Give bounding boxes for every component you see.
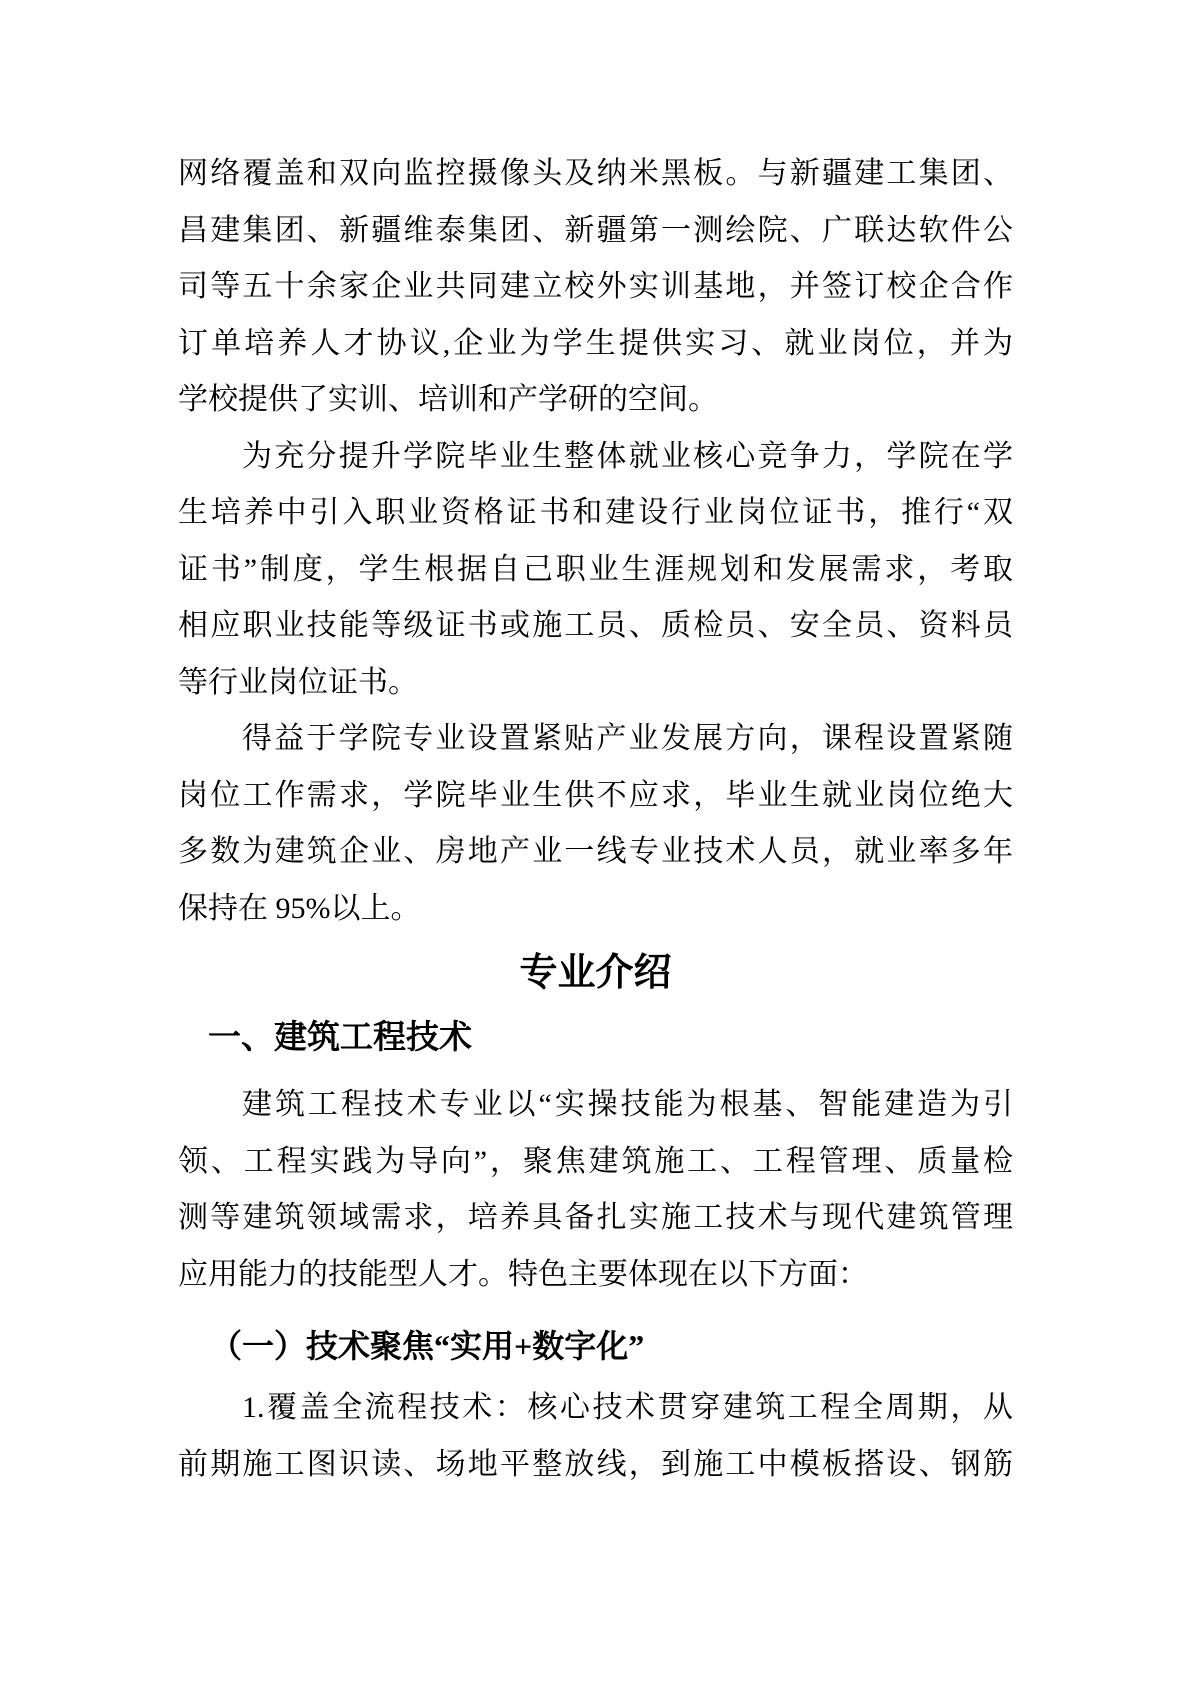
- body-line: 岗位工作需求，学院毕业生供不应求，毕业生就业岗位绝大: [178, 768, 1013, 825]
- document-page: 网络覆盖和双向监控摄像头及纳米黑板。与新疆建工集团、 昌建集团、新疆维泰集团、新…: [0, 0, 1191, 1684]
- document-content: 网络覆盖和双向监控摄像头及纳米黑板。与新疆建工集团、 昌建集团、新疆维泰集团、新…: [0, 0, 1191, 1493]
- body-line: 应用能力的技能型人才。特色主要体现在以下方面：: [178, 1247, 1013, 1304]
- body-line: 1.覆盖全流程技术：核心技术贯穿建筑工程全周期，从: [178, 1380, 1013, 1437]
- sub-heading: （一）技术聚焦“实用+数字化”: [178, 1318, 1013, 1374]
- body-line: 多数为建筑企业、房地产业一线专业技术人员，就业率多年: [178, 824, 1013, 881]
- body-line: 为充分提升学院毕业生整体就业核心竞争力，学院在学: [178, 429, 1013, 486]
- section-title: 专业介绍: [178, 943, 1013, 1003]
- body-line: 领、工程实践为导向”，聚焦建筑施工、工程管理、质量检: [178, 1134, 1013, 1191]
- body-line: 相应职业技能等级证书或施工员、质检员、安全员、资料员: [178, 598, 1013, 655]
- body-line: 建筑工程技术专业以“实操技能为根基、智能建造为引: [178, 1077, 1013, 1134]
- body-line: 昌建集团、新疆维泰集团、新疆第一测绘院、广联达软件公: [178, 203, 1013, 260]
- major-heading: 一、建筑工程技术: [178, 1007, 1013, 1067]
- body-line: 学校提供了实训、培训和产学研的空间。: [178, 372, 1013, 429]
- body-line: 得益于学院专业设置紧贴产业发展方向，课程设置紧随: [178, 711, 1013, 768]
- body-line: 测等建筑领域需求，培养具备扎实施工技术与现代建筑管理: [178, 1190, 1013, 1247]
- body-line: 前期施工图识读、场地平整放线，到施工中模板搭设、钢筋: [178, 1437, 1013, 1494]
- body-line: 等行业岗位证书。: [178, 655, 1013, 712]
- body-line: 生培养中引入职业资格证书和建设行业岗位证书，推行“双: [178, 485, 1013, 542]
- body-line: 司等五十余家企业共同建立校外实训基地，并签订校企合作: [178, 259, 1013, 316]
- body-line: 订单培养人才协议,企业为学生提供实习、就业岗位，并为: [178, 316, 1013, 373]
- body-line: 网络覆盖和双向监控摄像头及纳米黑板。与新疆建工集团、: [178, 146, 1013, 203]
- body-line: 证书”制度，学生根据自己职业生涯规划和发展需求，考取: [178, 542, 1013, 599]
- body-line: 保持在 95%以上。: [178, 881, 1013, 938]
